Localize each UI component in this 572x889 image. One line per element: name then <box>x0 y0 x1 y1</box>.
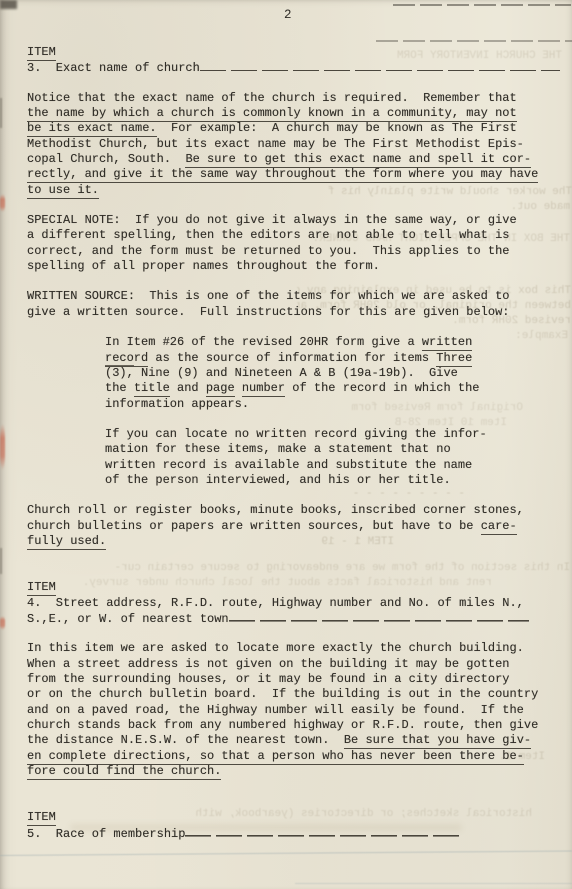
underlined-text: title <box>134 381 170 397</box>
corner-smudge-mark <box>0 0 17 9</box>
written-source: WRITTEN SOURCE: This is one of the items… <box>27 289 557 320</box>
text-segment <box>235 381 242 395</box>
text-segment: 3. Exact name of church <box>27 61 200 75</box>
text-line: S.,E., or W. of nearest town <box>27 611 557 626</box>
paragraph-exact-name: Notice that the exact name of the church… <box>27 91 557 198</box>
red-pencil-mark <box>0 194 5 212</box>
text-line: 3. Exact name of church <box>27 60 557 75</box>
text-line: SPECIAL NOTE: If you do not give it alwa… <box>27 213 557 228</box>
bleed-through-line <box>376 40 572 42</box>
paper-crease-line <box>0 851 572 857</box>
underlined-text: be its exact name. <box>27 121 157 137</box>
text-segment: 5. Race of membership <box>27 827 185 841</box>
text-line: or on the church bulletin board. If the … <box>27 687 557 702</box>
text-line: fully used. <box>27 534 557 549</box>
text-segment: spelling of all proper names throughout … <box>27 259 380 273</box>
fill-in-blank <box>229 611 529 622</box>
text-line: If you can locate no written record givi… <box>105 427 557 442</box>
text-line: the title and page number of the record … <box>105 381 557 396</box>
text-segment: or on the church bulletin board. If the … <box>27 687 538 701</box>
edge-fleck <box>0 98 2 128</box>
text-segment: 4. Street address, R.F.D. route, Highway… <box>27 596 524 610</box>
underlined-text: Be sure that you have giv- <box>344 733 531 749</box>
underlined-text: rectly, and give it the same way through… <box>27 167 538 183</box>
text-segment: When a street address is not given on th… <box>27 657 509 671</box>
text-segment: (3), <box>105 365 134 380</box>
text-segment: of the record in which the <box>285 381 479 395</box>
text-line: In Item #26 of the revised 20HR form giv… <box>105 335 557 350</box>
text-line: Methodist Church, but its exact name may… <box>27 137 557 152</box>
edge-fleck <box>0 548 2 574</box>
text-segment: church stands back from any numbered hig… <box>27 718 538 732</box>
underlined-text: written <box>422 335 472 351</box>
text-segment: If you can locate no written record givi… <box>105 427 487 441</box>
text-line: to use it. <box>27 183 557 198</box>
text-line: When a street address is not given on th… <box>27 657 557 672</box>
underlined-text: fore could find the church. <box>27 764 221 780</box>
item-5-heading: ITEM5. Race of membership <box>27 810 557 841</box>
text-line: Church roll or register books, minute bo… <box>27 503 557 518</box>
text-line: rectly, and give it the same way through… <box>27 167 557 182</box>
text-segment: and on a paved road, the Highway number … <box>27 703 524 717</box>
text-line: 4. Street address, R.F.D. route, Highway… <box>27 596 557 611</box>
text-line: 5. Race of membership <box>27 826 557 841</box>
underlined-text: Three <box>436 351 472 367</box>
text-line: of the person interviewed, and his or he… <box>105 473 557 488</box>
underlined-text: ITEM <box>27 45 56 61</box>
text-segment: of the person interviewed, and his or he… <box>105 473 451 487</box>
text-line: be its exact name. For example: A church… <box>27 121 557 136</box>
underlined-text: care- <box>481 519 517 535</box>
text-segment: SPECIAL NOTE: If you do not give it alwa… <box>27 213 517 227</box>
red-pencil-mark <box>0 616 5 630</box>
text-segment: written record is available and substitu… <box>105 458 472 472</box>
text-segment: the distance N.E.S.W. of the nearest tow… <box>27 733 344 747</box>
text-line: correct, and the form must be returned t… <box>27 244 557 259</box>
text-segment: as the source of information for items <box>148 351 436 365</box>
special-note: SPECIAL NOTE: If you do not give it alwa… <box>27 213 557 274</box>
document-text: ITEM3. Exact name of churchNotice that t… <box>27 45 557 841</box>
text-segment: correct, and the form must be returned t… <box>27 244 509 258</box>
red-pencil-mark <box>0 424 5 470</box>
item-4-heading: ITEM4. Street address, R.F.D. route, Hig… <box>27 580 557 626</box>
bleed-through-line <box>393 4 571 6</box>
fill-in-blank <box>185 826 463 837</box>
text-line: and on a paved road, the Highway number … <box>27 703 557 718</box>
text-segment: In Item #26 of the revised 20HR form giv… <box>105 335 422 349</box>
text-line: from the surrounding houses, or it may b… <box>27 672 557 687</box>
text-segment: information appears. <box>105 397 249 411</box>
text-line: ITEM <box>27 810 557 825</box>
text-segment: Nine (9) and Nineteen A & B (19a-19b). G… <box>134 366 458 380</box>
document-page: THE CHURCH INVENTORY FORMThe worker shou… <box>0 0 572 889</box>
text-line: the name by which a church is commonly k… <box>27 106 557 121</box>
underlined-text: number <box>242 381 285 397</box>
text-segment: For example: A church may be known as Th… <box>157 121 517 135</box>
underlined-text: fully used. <box>27 534 106 550</box>
text-line: (3), Nine (9) and Nineteen A & B (19a-19… <box>105 366 557 381</box>
paper-crease-line <box>295 883 572 884</box>
text-line: fore could find the church. <box>27 764 557 779</box>
written-record-instructions: In Item #26 of the revised 20HR form giv… <box>27 335 557 412</box>
underlined-text: the name by which a church is commonly k… <box>27 106 517 122</box>
text-line: record as the source of information for … <box>105 351 557 366</box>
underlined-text: to use it. <box>27 183 99 199</box>
text-line: en complete directions, so that a person… <box>27 749 557 764</box>
text-line: spelling of all proper names throughout … <box>27 259 557 274</box>
text-segment: the <box>105 381 134 395</box>
text-segment: church bulletins or papers are written s… <box>27 519 481 533</box>
text-segment: S.,E., or W. of nearest town <box>27 612 229 626</box>
text-segment: Church roll or register books, minute bo… <box>27 503 524 517</box>
text-segment: from the surrounding houses, or it may b… <box>27 672 509 686</box>
underlined-text: Be sure to get this exact name and spell… <box>185 152 531 168</box>
text-line: In this item we are asked to locate more… <box>27 641 557 656</box>
text-segment: Notice that the exact name of the church… <box>27 91 517 105</box>
text-line: WRITTEN SOURCE: This is one of the items… <box>27 289 557 304</box>
fill-in-blank <box>200 60 560 71</box>
text-line: written record is available and substitu… <box>105 458 557 473</box>
text-line: a different spelling, then the editors a… <box>27 228 557 243</box>
text-line: copal Church, South. Be sure to get this… <box>27 152 557 167</box>
underlined-text: page <box>206 381 235 397</box>
underlined-text: en complete directions, so that a person… <box>27 749 524 765</box>
text-segment: copal Church, South. <box>27 152 185 166</box>
text-line: give a written source. Full instructions… <box>27 305 557 320</box>
text-segment: and <box>170 381 206 395</box>
text-line: mation for these items, make a statement… <box>105 442 557 457</box>
text-segment: WRITTEN SOURCE: This is one of the items… <box>27 289 509 303</box>
text-line: information appears. <box>105 397 557 412</box>
text-line: ITEM <box>27 580 557 595</box>
text-segment: mation for these items, make a statement… <box>105 442 451 456</box>
text-line: church bulletins or papers are written s… <box>27 519 557 534</box>
text-segment: a different spelling, then the editors a… <box>27 228 509 242</box>
no-written-record-instructions: If you can locate no written record givi… <box>27 427 557 488</box>
text-line: church stands back from any numbered hig… <box>27 718 557 733</box>
text-line: the distance N.E.S.W. of the nearest tow… <box>27 733 557 748</box>
paragraph-street-address: In this item we are asked to locate more… <box>27 641 557 779</box>
text-line: ITEM <box>27 45 557 60</box>
text-segment: In this item we are asked to locate more… <box>27 641 524 655</box>
text-segment: Methodist Church, but its exact name may… <box>27 137 524 151</box>
underlined-text: ITEM <box>27 580 56 596</box>
written-sources-examples: Church roll or register books, minute bo… <box>27 503 557 549</box>
text-line: Notice that the exact name of the church… <box>27 91 557 106</box>
underlined-text: ITEM <box>27 810 56 826</box>
item-3-heading: ITEM3. Exact name of church <box>27 45 557 76</box>
text-segment: give a written source. Full instructions… <box>27 305 509 319</box>
